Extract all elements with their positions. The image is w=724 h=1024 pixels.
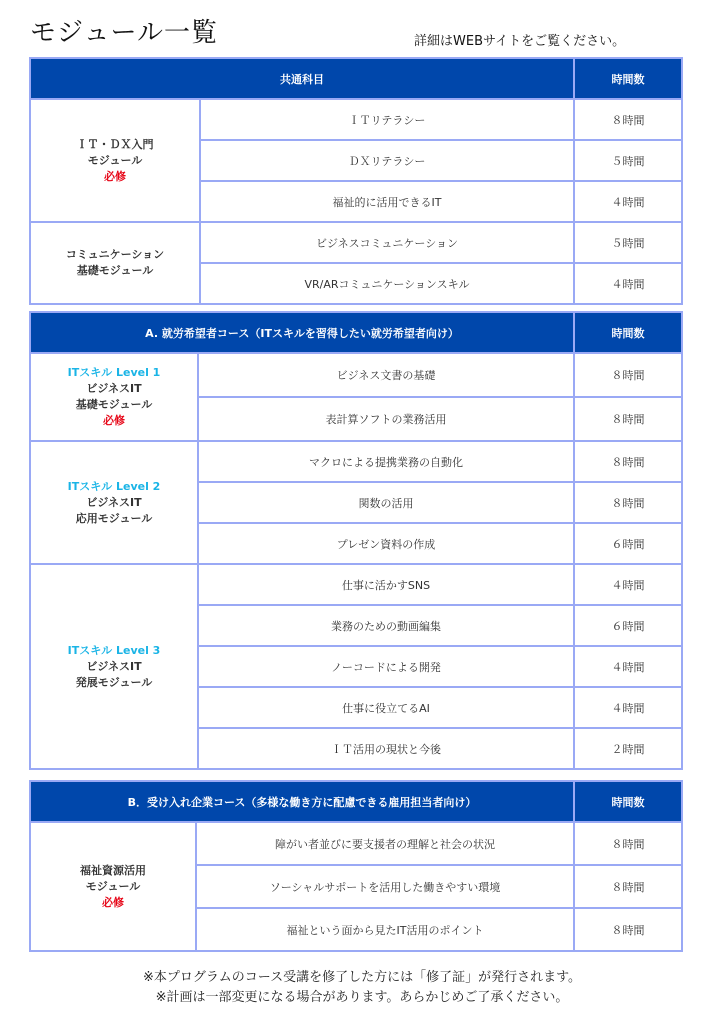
course-hours: ５時間 <box>574 222 682 263</box>
course-name: VR/ARコミュニケーションスキル <box>200 263 574 304</box>
course-hours: ６時間 <box>574 523 682 564</box>
group-label: コミュニケーション <box>31 247 199 263</box>
group-label: ビジネスIT <box>31 659 197 675</box>
page-title: モジュール一覧 <box>30 12 218 49</box>
course-hours: ８時間 <box>574 865 682 908</box>
table-header: A. 就労希望者コース（ITスキルを習得したい就労希望者向け） <box>30 312 574 353</box>
level-label: ITスキル Level 1 <box>31 365 197 381</box>
required-badge: 必修 <box>31 895 195 911</box>
table-header: 共通科目 <box>30 58 574 99</box>
course-hours: ４時間 <box>574 646 682 687</box>
group-label: 福祉資源活用 <box>31 863 195 879</box>
course-hours: ８時間 <box>574 99 682 140</box>
module-group: ITスキル Level 1 ビジネスIT 基礎モジュール 必修 <box>30 353 198 441</box>
hours-header: 時間数 <box>574 781 682 822</box>
table-row: 福祉資源活用 モジュール 必修 障がい者並びに要支援者の理解と社会の状況 ８時間 <box>30 822 682 865</box>
course-hours: ８時間 <box>574 822 682 865</box>
module-group: ITスキル Level 2 ビジネスIT 応用モジュール <box>30 441 198 564</box>
course-name: 障がい者並びに要支援者の理解と社会の状況 <box>196 822 574 865</box>
course-name: 業務のための動画編集 <box>198 605 574 646</box>
course-hours: ８時間 <box>574 908 682 951</box>
group-label: 発展モジュール <box>31 675 197 691</box>
hours-header: 時間数 <box>574 312 682 353</box>
course-hours: ２時間 <box>574 728 682 769</box>
group-label: モジュール <box>31 153 199 169</box>
common-modules-table: 共通科目 時間数 ＩＴ・ＤＸ入門 モジュール 必修 ＩＴリテラシー ８時間 ＤＸ… <box>29 57 683 305</box>
level-label: ITスキル Level 2 <box>31 479 197 495</box>
table-row: ITスキル Level 2 ビジネスIT 応用モジュール マクロによる提携業務の… <box>30 441 682 482</box>
table-row: ＩＴ・ＤＸ入門 モジュール 必修 ＩＴリテラシー ８時間 <box>30 99 682 140</box>
course-name: ビジネス文書の基礎 <box>198 353 574 397</box>
course-hours: ８時間 <box>574 482 682 523</box>
required-badge: 必修 <box>31 413 197 429</box>
hours-header: 時間数 <box>574 58 682 99</box>
course-name: ビジネスコミュニケーション <box>200 222 574 263</box>
course-name: ＩＴリテラシー <box>200 99 574 140</box>
course-name: 福祉という面から見たIT活用のポイント <box>196 908 574 951</box>
group-label: 応用モジュール <box>31 511 197 527</box>
course-hours: ４時間 <box>574 263 682 304</box>
group-label: ＩＴ・ＤＸ入門 <box>31 137 199 153</box>
course-name: マクロによる提携業務の自動化 <box>198 441 574 482</box>
course-name: ＤＸリテラシー <box>200 140 574 181</box>
footer-note: ※計画は一部変更になる場合があります。あらかじめご了承ください。 <box>0 988 724 1008</box>
module-group: 福祉資源活用 モジュール 必修 <box>30 822 196 951</box>
group-label: ビジネスIT <box>31 381 197 397</box>
module-group: ＩＴ・ＤＸ入門 モジュール 必修 <box>30 99 200 222</box>
table-row: コミュニケーション 基礎モジュール ビジネスコミュニケーション ５時間 <box>30 222 682 263</box>
course-name: ノーコードによる開発 <box>198 646 574 687</box>
course-name: ＩＴ活用の現状と今後 <box>198 728 574 769</box>
table-header: B．受け入れ企業コース（多様な働き方に配慮できる雇用担当者向け） <box>30 781 574 822</box>
table-row: ITスキル Level 3 ビジネスIT 発展モジュール 仕事に活かすSNS ４… <box>30 564 682 605</box>
level-label: ITスキル Level 3 <box>31 643 197 659</box>
course-name: ソーシャルサポートを活用した働きやすい環境 <box>196 865 574 908</box>
module-group: ITスキル Level 3 ビジネスIT 発展モジュール <box>30 564 198 769</box>
group-label: 基礎モジュール <box>31 397 197 413</box>
website-note: 詳細はWEBサイトをご覧ください。 <box>414 30 625 49</box>
course-name: 福祉的に活用できるIT <box>200 181 574 222</box>
course-hours: ４時間 <box>574 564 682 605</box>
course-name: プレゼン資料の作成 <box>198 523 574 564</box>
group-label: 基礎モジュール <box>31 263 199 279</box>
course-hours: ６時間 <box>574 605 682 646</box>
course-hours: ８時間 <box>574 441 682 482</box>
group-label: モジュール <box>31 879 195 895</box>
footer-notes: ※本プログラムのコース受講を修了した方には「修了証」が発行されます。 ※計画は一… <box>0 968 724 1008</box>
footer-note: ※本プログラムのコース受講を修了した方には「修了証」が発行されます。 <box>0 968 724 988</box>
course-name: 関数の活用 <box>198 482 574 523</box>
course-a-table: A. 就労希望者コース（ITスキルを習得したい就労希望者向け） 時間数 ITスキ… <box>29 311 683 770</box>
course-name: 仕事に活かすSNS <box>198 564 574 605</box>
course-hours: ８時間 <box>574 353 682 397</box>
course-hours: ４時間 <box>574 687 682 728</box>
group-label: ビジネスIT <box>31 495 197 511</box>
course-hours: ５時間 <box>574 140 682 181</box>
course-hours: ８時間 <box>574 397 682 441</box>
course-name: 仕事に役立てるAI <box>198 687 574 728</box>
course-b-table: B．受け入れ企業コース（多様な働き方に配慮できる雇用担当者向け） 時間数 福祉資… <box>29 780 683 952</box>
table-row: ITスキル Level 1 ビジネスIT 基礎モジュール 必修 ビジネス文書の基… <box>30 353 682 397</box>
course-name: 表計算ソフトの業務活用 <box>198 397 574 441</box>
course-hours: ４時間 <box>574 181 682 222</box>
module-group: コミュニケーション 基礎モジュール <box>30 222 200 304</box>
required-badge: 必修 <box>31 169 199 185</box>
